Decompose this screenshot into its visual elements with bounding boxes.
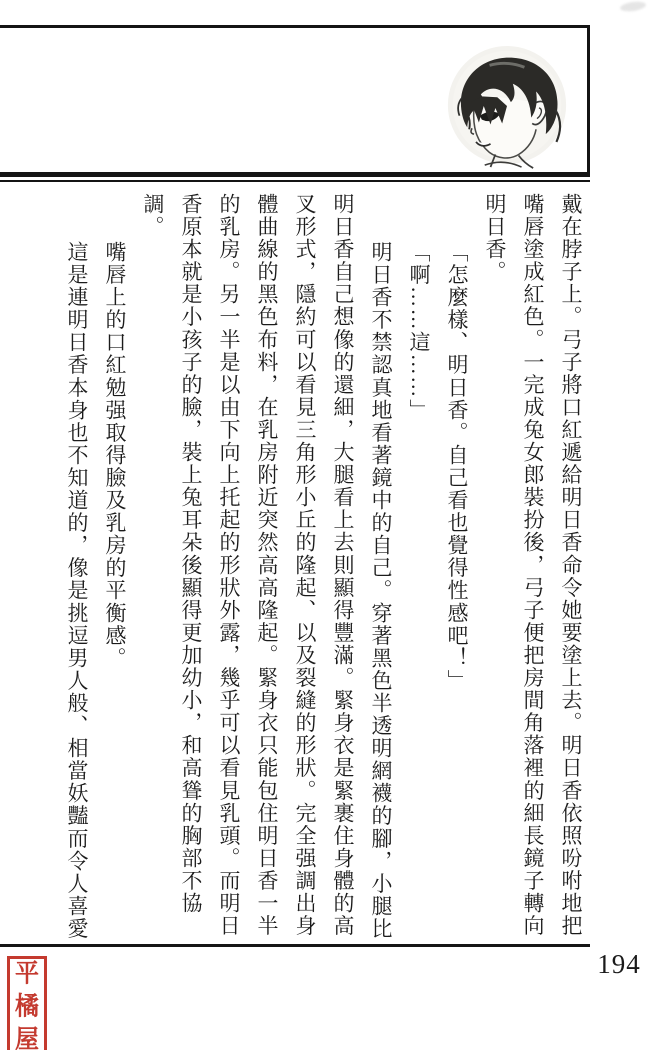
seal-char-2: 橘 <box>15 994 39 1019</box>
paragraph-4: 明日香不禁認真地看著鏡中的自己。穿著黑色半透明網襪的腳，小腿比明日香自己想像的還… <box>134 193 400 945</box>
publisher-seal: 平 橘 屋 <box>7 956 47 1050</box>
vertical-text-block: 戴在脖子上。弓子將口紅遞給明日香命令她要塗上去。明日香依照吩咐地把嘴唇塗成紅色。… <box>50 193 590 945</box>
scanned-book-page: { "page": { "number": "194" }, "colors":… <box>0 0 672 1050</box>
scan-smudge <box>620 0 647 13</box>
paragraph-2-dialogue: 「怎麼樣、明日香。自己看也覺得性感吧！」 <box>438 193 476 945</box>
footer-divider <box>0 944 590 947</box>
paragraph-5: 嘴唇上的口紅勉强取得臉及乳房的平衡感。 <box>96 193 134 945</box>
portrait-illustration <box>437 44 577 170</box>
seal-char-3: 屋 <box>15 1027 39 1050</box>
illustration-panel <box>0 25 590 177</box>
page-number: 194 <box>588 949 650 980</box>
paragraph-1: 戴在脖子上。弓子將口紅遞給明日香命令她要塗上去。明日香依照吩咐地把嘴唇塗成紅色。… <box>476 193 590 945</box>
seal-char-1: 平 <box>15 961 39 986</box>
paragraph-3-dialogue: 「啊……這……」 <box>400 193 438 945</box>
paragraph-6: 這是連明日香本身也不知道的，像是挑逗男人般、相當妖豔而令人喜愛 <box>58 193 96 945</box>
